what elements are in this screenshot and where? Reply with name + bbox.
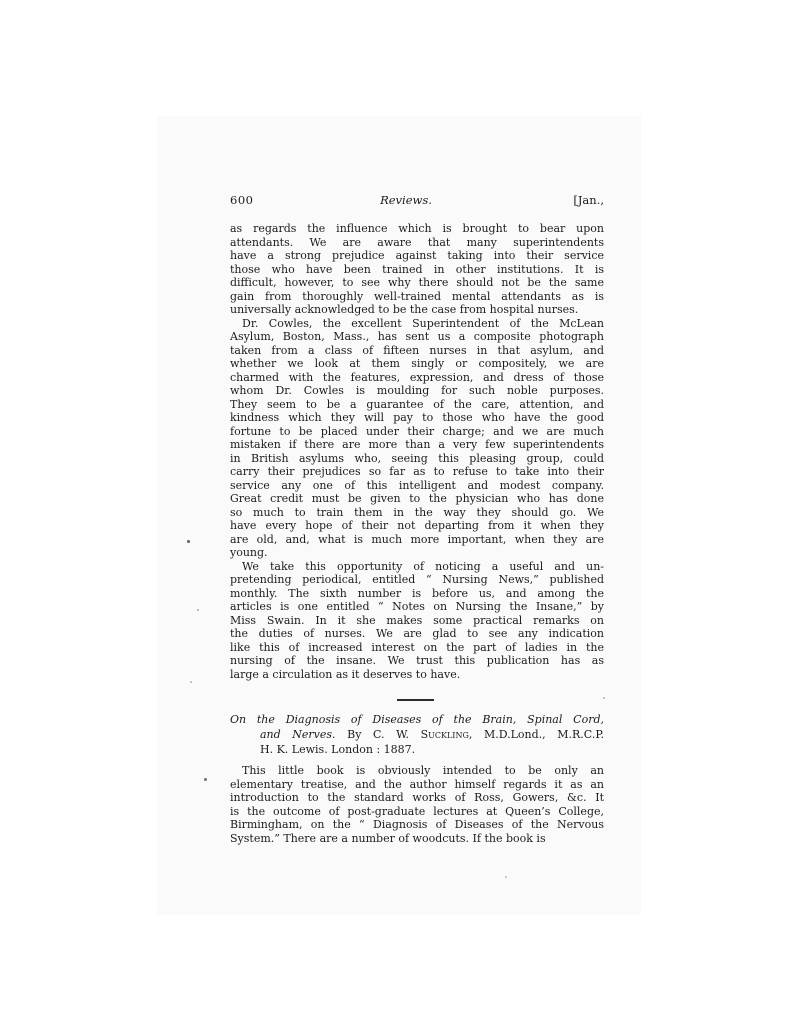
text-line: They seem to be a guarantee of the care,… bbox=[230, 398, 604, 412]
section-divider-rule bbox=[397, 699, 434, 701]
text-line: service any one of this intelligent and … bbox=[230, 479, 604, 493]
citation-title-end: and Nerves. bbox=[260, 728, 347, 741]
journal-page: 600 Reviews. [Jan., as regards the influ… bbox=[157, 116, 641, 915]
text-line: gain from thoroughly well-trained mental… bbox=[230, 290, 604, 304]
text-line: have a strong prejudice against taking i… bbox=[230, 249, 604, 263]
text-line: charmed with the features, expression, a… bbox=[230, 371, 604, 385]
text-line: are old, and, what is much more importan… bbox=[230, 533, 604, 547]
scanned-document-image: 600 Reviews. [Jan., as regards the influ… bbox=[0, 0, 800, 1036]
paragraph-cowles: Dr. Cowles, the excellent Superintendent… bbox=[230, 317, 604, 560]
text-line: whether we look at them singly or compos… bbox=[230, 357, 604, 371]
book-review-citation: On the Diagnosis of Diseases of the Brai… bbox=[230, 712, 604, 757]
text-line: so much to train them in the way they sh… bbox=[230, 506, 604, 520]
citation-author-name: Suckling bbox=[421, 728, 469, 741]
text-line: We take this opportunity of noticing a u… bbox=[230, 560, 604, 574]
text-line: nursing of the insane. We trust this pub… bbox=[230, 654, 604, 668]
ink-speck bbox=[505, 876, 507, 878]
text-line: young. bbox=[230, 546, 604, 560]
text-line: elementary treatise, and the author hims… bbox=[230, 778, 604, 792]
text-line: whom Dr. Cowles is moulding for such nob… bbox=[230, 384, 604, 398]
text-line: in British asylums who, seeing this plea… bbox=[230, 452, 604, 466]
text-line: those who have been trained in other ins… bbox=[230, 263, 604, 277]
ink-speck bbox=[190, 681, 192, 683]
page-header: 600 Reviews. [Jan., bbox=[230, 193, 604, 209]
text-line: large a circulation as it deserves to ha… bbox=[230, 668, 604, 682]
text-line: pretending periodical, entitled “ Nursin… bbox=[230, 573, 604, 587]
text-line: kindness which they will pay to those wh… bbox=[230, 411, 604, 425]
running-title: Reviews. bbox=[230, 193, 582, 207]
text-line: System.” There are a number of woodcuts.… bbox=[230, 832, 604, 846]
text-line: as regards the influence which is brough… bbox=[230, 222, 604, 236]
ink-speck bbox=[187, 540, 190, 543]
text-line: like this of increased interest on the p… bbox=[230, 641, 604, 655]
paragraph-continuation: as regards the influence which is brough… bbox=[230, 222, 604, 317]
text-line: articles is one entitled “ Notes on Nurs… bbox=[230, 600, 604, 614]
text-line: Miss Swain. In it she makes some practic… bbox=[230, 614, 604, 628]
text-line: Great credit must be given to the physic… bbox=[230, 492, 604, 506]
text-line: Asylum, Boston, Mass., has sent us a com… bbox=[230, 330, 604, 344]
citation-title-line: On the Diagnosis of Diseases of the Brai… bbox=[230, 712, 604, 727]
review-first-paragraph: This little book is obviously intended t… bbox=[230, 764, 604, 845]
text-line: difficult, however, to see why there sho… bbox=[230, 276, 604, 290]
text-line: the duties of nurses. We are glad to see… bbox=[230, 627, 604, 641]
text-line: universally acknowledged to be the case … bbox=[230, 303, 604, 317]
citation-author-line: and Nerves. By C. W. Suckling, M.D.Lond.… bbox=[230, 727, 604, 742]
ink-speck bbox=[197, 609, 199, 611]
text-line: monthly. The sixth number is before us, … bbox=[230, 587, 604, 601]
text-line: taken from a class of fifteen nurses in … bbox=[230, 344, 604, 358]
ink-speck bbox=[204, 778, 207, 781]
citation-credentials: , M.D.Lond., M.R.C.P. bbox=[469, 728, 604, 741]
citation-publisher-line: H. K. Lewis. London : 1887. bbox=[230, 742, 604, 757]
text-line: mistaken if there are more than a very f… bbox=[230, 438, 604, 452]
text-line: fortune to be placed under their charge;… bbox=[230, 425, 604, 439]
text-line: Dr. Cowles, the excellent Superintendent… bbox=[230, 317, 604, 331]
paragraph-review: This little book is obviously intended t… bbox=[230, 764, 604, 845]
text-line: Birmingham, on the “ Diagnosis of Diseas… bbox=[230, 818, 604, 832]
text-line: carry their prejudices so far as to refu… bbox=[230, 465, 604, 479]
text-line: is the outcome of post-graduate lectures… bbox=[230, 805, 604, 819]
text-line: attendants. We are aware that many super… bbox=[230, 236, 604, 250]
text-line: introduction to the standard works of Ro… bbox=[230, 791, 604, 805]
issue-date: [Jan., bbox=[573, 193, 604, 207]
paragraph-nursing-news: We take this opportunity of noticing a u… bbox=[230, 560, 604, 682]
text-line: This little book is obviously intended t… bbox=[230, 764, 604, 778]
body-text: as regards the influence which is brough… bbox=[230, 222, 604, 681]
ink-speck bbox=[603, 697, 605, 699]
citation-by: By C. W. bbox=[347, 728, 420, 741]
text-line: have every hope of their not departing f… bbox=[230, 519, 604, 533]
